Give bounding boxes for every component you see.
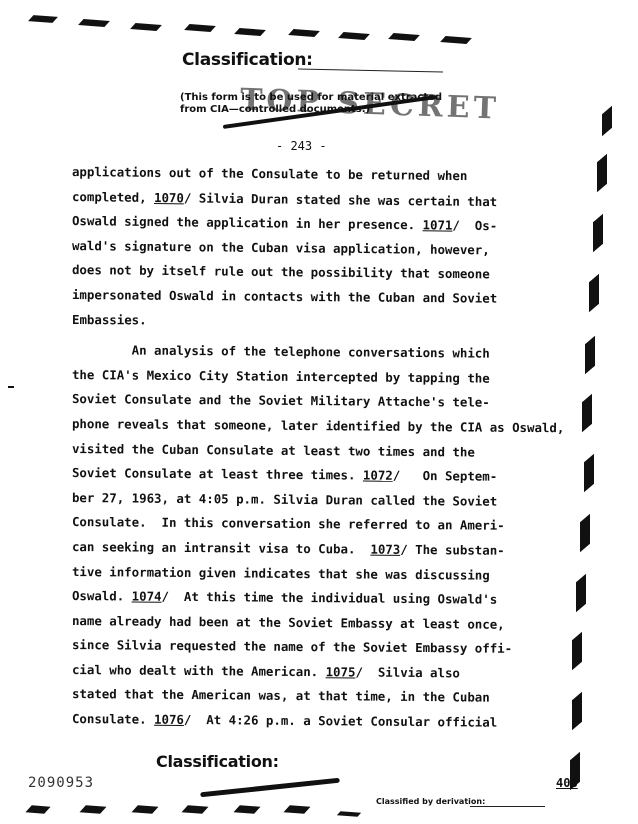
body-line: Consulate. 1076/ At 4:26 p.m. a Soviet C…	[72, 707, 592, 736]
header-classification-label: Classification:	[182, 50, 313, 70]
footer-redaction-strike	[200, 778, 340, 798]
document-body: applications out of the Consulate to be …	[72, 160, 592, 732]
footnote-reference: 1076	[154, 712, 184, 727]
body-line: can seeking an intransit visa to Cuba. 1…	[72, 535, 592, 564]
margin-mark	[8, 386, 14, 388]
footnote-reference: 1075	[326, 664, 356, 679]
footer-classification-label: Classification:	[156, 752, 279, 771]
document-number: 2090953	[28, 775, 94, 791]
footnote-reference: 1072	[363, 468, 393, 483]
body-line: Embassies.	[72, 308, 592, 335]
footnote-reference: 1070	[154, 190, 184, 205]
footnote-reference: 1074	[132, 589, 162, 604]
page-number: - 243 -	[276, 139, 327, 153]
page-code: 406	[556, 776, 578, 790]
footnote-reference: 1071	[423, 217, 453, 232]
classified-by-line	[470, 806, 545, 807]
classified-by-label: Classified by derivation:	[376, 797, 485, 806]
header-classification-line	[298, 68, 443, 72]
footnote-reference: 1073	[370, 542, 400, 557]
